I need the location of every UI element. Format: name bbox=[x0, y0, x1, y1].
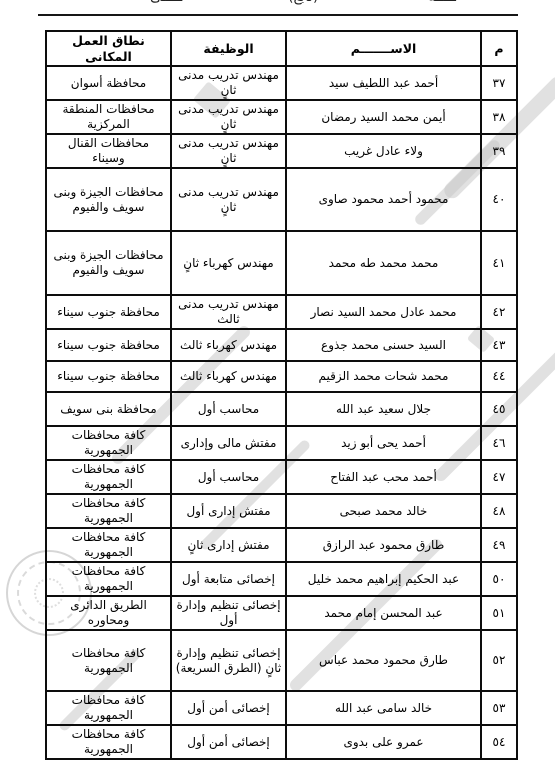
cell-scope: محافظة بنى سويف bbox=[46, 392, 171, 426]
cell-name: محمد شحات محمد الزقيم bbox=[286, 361, 481, 392]
table-row: ٥٣خالد سامى عبد اللهإخصائى أمن أولكافة م… bbox=[46, 691, 517, 725]
cell-job: مفتش إدارى أول bbox=[171, 494, 286, 528]
cell-name: طارق محمود عبد الرازق bbox=[286, 528, 481, 562]
table-row: ٤١محمد محمد طه محمدمهندس كهرباء ثانٍمحاف… bbox=[46, 231, 517, 295]
table-row: ٥٤عمرو على بدوىإخصائى أمن أولكافة محافظا… bbox=[46, 725, 517, 759]
table-row: ٥١عبد المحسن إمام محمدإخصائى تنظيم وإدار… bbox=[46, 596, 517, 630]
cell-name: محمود أحمد محمود صاوى bbox=[286, 168, 481, 231]
cell-job: مهندس تدريب مدنى ثانٍ bbox=[171, 100, 286, 134]
cell-name: خالد سامى عبد الله bbox=[286, 691, 481, 725]
staff-roster-table: م الاســـــــم الوظيفة نطاق العمل المكان… bbox=[45, 30, 518, 760]
cell-job: مهندس كهرباء ثانٍ bbox=[171, 231, 286, 295]
table-row: ٥٢طارق محمود محمد عباسإخصائى تنظيم وإدار… bbox=[46, 630, 517, 691]
table-row: ٣٧أحمد عبد اللطيف سيدمهندس تدريب مدنى ثا… bbox=[46, 66, 517, 100]
cell-name: عبد المحسن إمام محمد bbox=[286, 596, 481, 630]
cell-job: مهندس تدريب مدنى ثانٍ bbox=[171, 134, 286, 168]
table-body: ٣٧أحمد عبد اللطيف سيدمهندس تدريب مدنى ثا… bbox=[46, 66, 517, 759]
cell-scope: الطريق الدائرى ومحاوره bbox=[46, 596, 171, 630]
cell-name: أحمد عبد اللطيف سيد bbox=[286, 66, 481, 100]
table-row: ٣٩ولاء عادل غريبمهندس تدريب مدنى ثانٍمحا… bbox=[46, 134, 517, 168]
cell-scope: محافظة جنوب سيناء bbox=[46, 361, 171, 392]
cell-job: محاسب أول bbox=[171, 460, 286, 494]
clipped-page-title: ـــــى (تابع) ـــــة bbox=[0, 0, 555, 11]
cell-scope: كافة محافظات الجمهورية bbox=[46, 494, 171, 528]
table-header-row: م الاســـــــم الوظيفة نطاق العمل المكان… bbox=[46, 31, 517, 66]
cell-num: ٤٨ bbox=[481, 494, 517, 528]
cell-job: إخصائى متابعة أول bbox=[171, 562, 286, 596]
cell-num: ٤٦ bbox=[481, 426, 517, 460]
table-row: ٤٨خالد محمد صبحىمفتش إدارى أولكافة محافظ… bbox=[46, 494, 517, 528]
cell-num: ٤٠ bbox=[481, 168, 517, 231]
cell-num: ٣٩ bbox=[481, 134, 517, 168]
cell-num: ٥١ bbox=[481, 596, 517, 630]
cell-num: ٤٣ bbox=[481, 329, 517, 361]
cell-name: عبد الحكيم إبراهيم محمد خليل bbox=[286, 562, 481, 596]
table-row: ٤٥جلال سعيد عبد اللهمحاسب أولمحافظة بنى … bbox=[46, 392, 517, 426]
table-row: ٤٢محمد عادل محمد السيد نصارمهندس تدريب م… bbox=[46, 295, 517, 329]
document-page: ـــــى (تابع) ـــــة م الاســـــــم الوظ… bbox=[0, 0, 555, 768]
cell-job: مهندس كهرباء ثالث bbox=[171, 329, 286, 361]
cell-num: ٣٧ bbox=[481, 66, 517, 100]
table-row: ٤٩طارق محمود عبد الرازقمفتش إدارى ثانٍكا… bbox=[46, 528, 517, 562]
cell-name: أيمن محمد السيد رمضان bbox=[286, 100, 481, 134]
cell-scope: كافة محافظات الجمهورية bbox=[46, 528, 171, 562]
cell-name: محمد محمد طه محمد bbox=[286, 231, 481, 295]
cell-scope: كافة محافظات الجمهورية bbox=[46, 725, 171, 759]
cell-scope: محافظات القنال وسيناء bbox=[46, 134, 171, 168]
cell-scope: كافة محافظات الجمهورية bbox=[46, 426, 171, 460]
cell-name: جلال سعيد عبد الله bbox=[286, 392, 481, 426]
cell-num: ٤٢ bbox=[481, 295, 517, 329]
cell-scope: محافظة جنوب سيناء bbox=[46, 295, 171, 329]
cell-name: أحمد يحى أبو زيد bbox=[286, 426, 481, 460]
cell-num: ٥٤ bbox=[481, 725, 517, 759]
title-fragment: ـــــى bbox=[150, 0, 182, 5]
header-job: الوظيفة bbox=[171, 31, 286, 66]
cell-name: عمرو على بدوى bbox=[286, 725, 481, 759]
title-fragment: (تابع) bbox=[288, 0, 318, 5]
cell-scope: كافة محافظات الجمهورية bbox=[46, 562, 171, 596]
table-row: ٣٨أيمن محمد السيد رمضانمهندس تدريب مدنى … bbox=[46, 100, 517, 134]
cell-job: مفتش مالى وإدارى bbox=[171, 426, 286, 460]
cell-name: ولاء عادل غريب bbox=[286, 134, 481, 168]
cell-job: مهندس تدريب مدنى ثالث bbox=[171, 295, 286, 329]
header-scope: نطاق العمل المكانى bbox=[46, 31, 171, 66]
cell-num: ٥٣ bbox=[481, 691, 517, 725]
cell-job: مهندس تدريب مدنى ثانٍ bbox=[171, 168, 286, 231]
cell-num: ٤١ bbox=[481, 231, 517, 295]
cell-name: السيد حسنى محمد جذوع bbox=[286, 329, 481, 361]
header-num: م bbox=[481, 31, 517, 66]
cell-job: محاسب أول bbox=[171, 392, 286, 426]
cell-num: ٣٨ bbox=[481, 100, 517, 134]
cell-name: طارق محمود محمد عباس bbox=[286, 630, 481, 691]
cell-scope: كافة محافظات الجمهورية bbox=[46, 691, 171, 725]
cell-num: ٥٢ bbox=[481, 630, 517, 691]
cell-scope: محافظات المنطقة المركزية bbox=[46, 100, 171, 134]
table-row: ٤٤محمد شحات محمد الزقيممهندس كهرباء ثالث… bbox=[46, 361, 517, 392]
cell-scope: محافظات الجيزة وبنى سويف والفيوم bbox=[46, 231, 171, 295]
cell-job: إخصائى تنظيم وإدارة ثانٍ (الطرق السريعة) bbox=[171, 630, 286, 691]
cell-scope: كافة محافظات الجمهورية bbox=[46, 630, 171, 691]
cell-num: ٤٤ bbox=[481, 361, 517, 392]
cell-job: إخصائى أمن أول bbox=[171, 691, 286, 725]
cell-job: مهندس كهرباء ثالث bbox=[171, 361, 286, 392]
table-row: ٤٠محمود أحمد محمود صاوىمهندس تدريب مدنى … bbox=[46, 168, 517, 231]
cell-name: أحمد محب عبد الفتاح bbox=[286, 460, 481, 494]
cell-name: محمد عادل محمد السيد نصار bbox=[286, 295, 481, 329]
cell-num: ٥٠ bbox=[481, 562, 517, 596]
header-name: الاســـــــم bbox=[286, 31, 481, 66]
cell-job: إخصائى تنظيم وإدارة أول bbox=[171, 596, 286, 630]
cell-job: مفتش إدارى ثانٍ bbox=[171, 528, 286, 562]
table-row: ٤٣السيد حسنى محمد جذوعمهندس كهرباء ثالثم… bbox=[46, 329, 517, 361]
cell-scope: كافة محافظات الجمهورية bbox=[46, 460, 171, 494]
cell-scope: محافظة أسوان bbox=[46, 66, 171, 100]
cell-num: ٤٧ bbox=[481, 460, 517, 494]
cell-num: ٤٩ bbox=[481, 528, 517, 562]
cell-job: إخصائى أمن أول bbox=[171, 725, 286, 759]
cell-scope: محافظة جنوب سيناء bbox=[46, 329, 171, 361]
cell-job: مهندس تدريب مدنى ثانٍ bbox=[171, 66, 286, 100]
cell-num: ٤٥ bbox=[481, 392, 517, 426]
cell-scope: محافظات الجيزة وبنى سويف والفيوم bbox=[46, 168, 171, 231]
horizontal-rule bbox=[38, 14, 518, 16]
cell-name: خالد محمد صبحى bbox=[286, 494, 481, 528]
table-row: ٥٠عبد الحكيم إبراهيم محمد خليلإخصائى متا… bbox=[46, 562, 517, 596]
table-row: ٤٦أحمد يحى أبو زيدمفتش مالى وإدارىكافة م… bbox=[46, 426, 517, 460]
title-fragment: ـــــة bbox=[428, 0, 456, 5]
table-row: ٤٧أحمد محب عبد الفتاحمحاسب أولكافة محافظ… bbox=[46, 460, 517, 494]
